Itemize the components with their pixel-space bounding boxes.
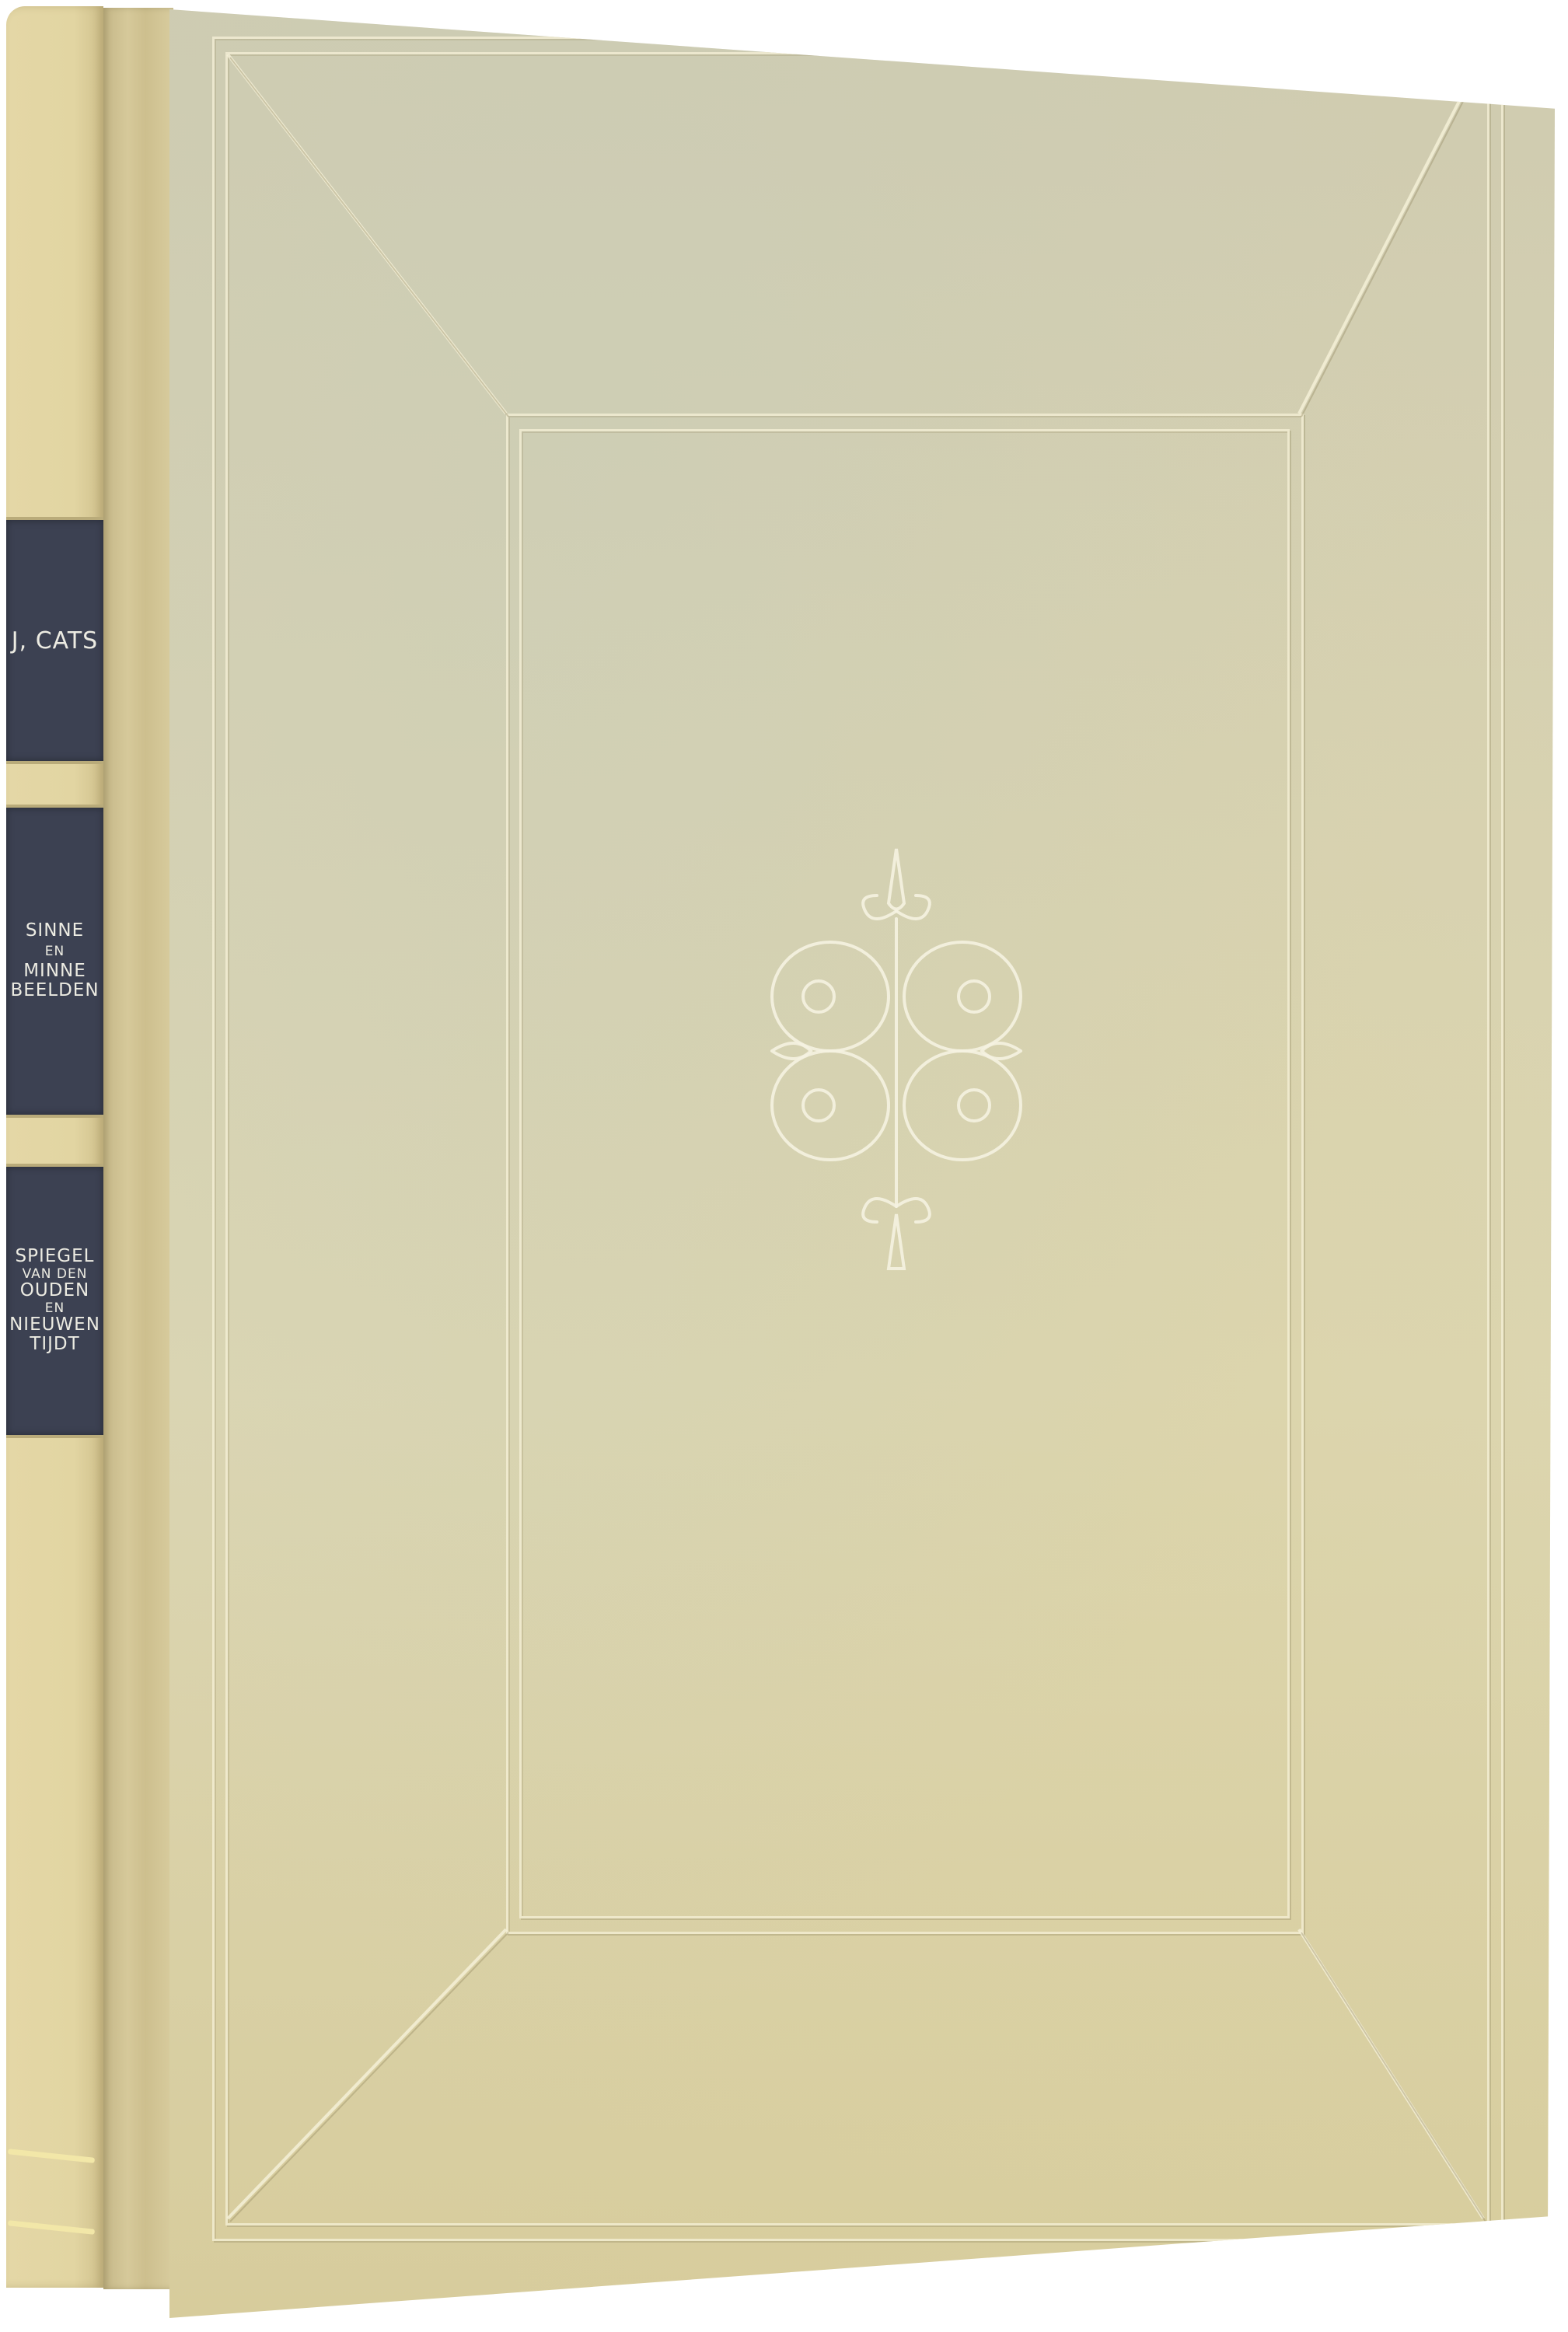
title2-line-6: TIJDT [30, 1335, 79, 1354]
title1-line-1: SINNE [26, 921, 84, 941]
title2-line-3: OUDEN [20, 1281, 89, 1300]
title1-line-4: BEELDEN [10, 981, 99, 1000]
title2-line-4: EN [45, 1301, 65, 1316]
title1-line-2: EN [45, 944, 65, 959]
spine-label-title-1: SINNE EN MINNE BEELDEN [6, 805, 103, 1118]
fleuron-ornament-icon [764, 841, 1028, 1276]
book: J, CATS SINNE EN MINNE BEELDEN SPIEGEL V… [0, 0, 1568, 2332]
front-cover [169, 9, 1555, 2318]
spine-label-author: J, CATS [6, 517, 103, 764]
title1-line-3: MINNE [23, 962, 86, 981]
title2-line-5: NIEUWEN [9, 1315, 100, 1335]
spine-joint [103, 8, 173, 2289]
author-text: J, CATS [12, 628, 98, 654]
title2-line-1: SPIEGEL [16, 1247, 95, 1266]
book-spine [6, 6, 103, 2288]
spine-label-title-2: SPIEGEL VAN DEN OUDEN EN NIEUWEN TIJDT [6, 1164, 103, 1438]
title2-line-2: VAN DEN [23, 1267, 88, 1282]
